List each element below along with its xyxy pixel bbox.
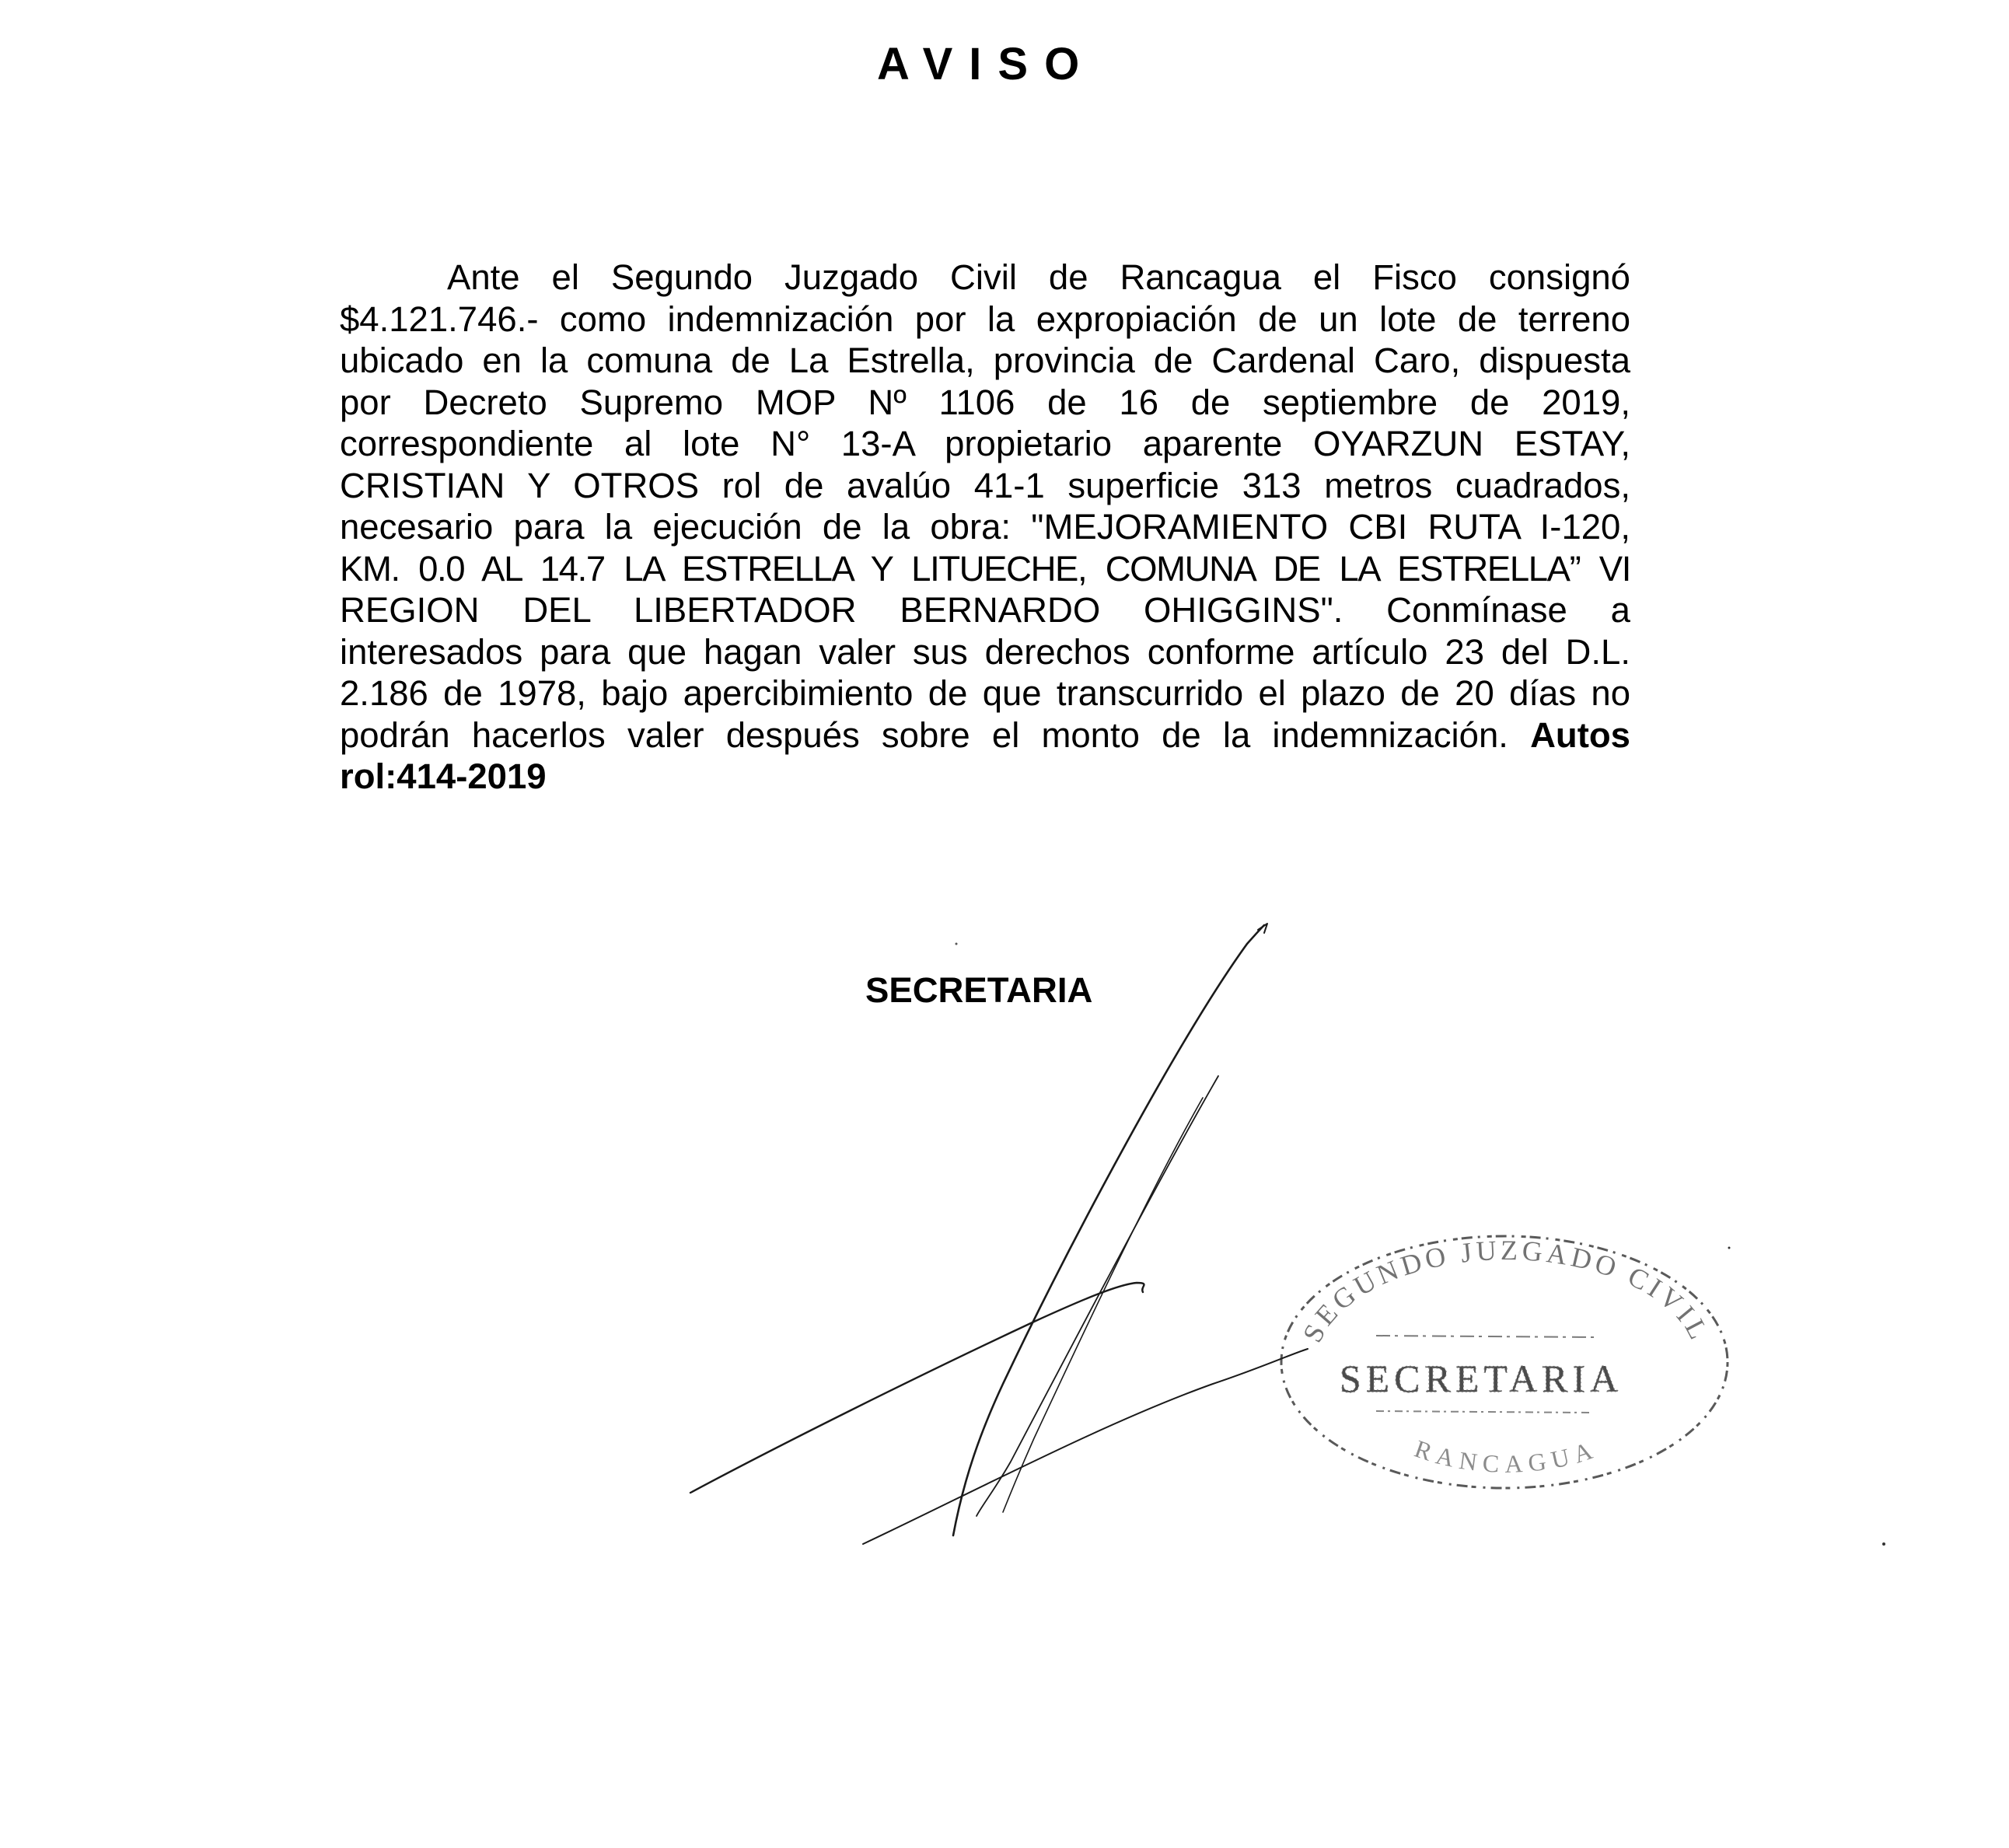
- body-line: necesario para la ejecución de la obra: …: [340, 506, 1630, 548]
- body-line: 2.186 de 1978, bajo apercibimiento de qu…: [340, 672, 1630, 714]
- case-ref-prefix: Autos: [1530, 715, 1630, 755]
- stamp-bottom-text: RANCAGUA: [1411, 1434, 1602, 1478]
- body-line: CRISTIAN Y OTROS rol de avalúo 41-1 supe…: [340, 465, 1630, 507]
- body-line: Ante el Segundo Juzgado Civil de Rancagu…: [340, 257, 1630, 299]
- stamp-center-text: SECRETARIA: [1340, 1357, 1623, 1400]
- signature-label: SECRETARIA: [865, 969, 1092, 1012]
- body-line-with-case-ref: podrán hacerlos valer después sobre el m…: [340, 714, 1630, 756]
- body-line: por Decreto Supremo MOP Nº 1106 de 16 de…: [340, 382, 1630, 424]
- body-line: interesados para que hagan valer sus der…: [340, 631, 1630, 673]
- body-line-text: podrán hacerlos valer después sobre el m…: [340, 715, 1508, 755]
- stamp-top-text: SEGUNDO JUZGADO CIVIL: [1297, 1235, 1717, 1347]
- scan-speck: [956, 943, 958, 945]
- body-line: KM. 0.0 AL 14.7 LA ESTRELLA Y LITUECHE, …: [340, 548, 1630, 590]
- scan-speck: [1728, 1247, 1731, 1249]
- body-line: $4.121.746.- como indemnización por la e…: [340, 299, 1630, 341]
- body-line: ubicado en la comuna de La Estrella, pro…: [340, 340, 1630, 382]
- body-line: REGION DEL LIBERTADOR BERNARDO OHIGGINS"…: [340, 589, 1630, 631]
- notice-body: Ante el Segundo Juzgado Civil de Rancagu…: [340, 257, 1630, 798]
- page-title: AVISO: [877, 37, 1110, 92]
- svg-text:RANCAGUA: RANCAGUA: [1411, 1434, 1602, 1478]
- svg-text:SEGUNDO JUZGADO CIVIL: SEGUNDO JUZGADO CIVIL: [1297, 1235, 1717, 1347]
- case-ref-number: rol:414-2019: [340, 756, 1630, 798]
- body-line: correspondiente al lote N° 13-A propieta…: [340, 423, 1630, 465]
- scan-speck: [1882, 1542, 1885, 1546]
- document-page: AVISO Ante el Segundo Juzgado Civil de R…: [0, 0, 2009, 1848]
